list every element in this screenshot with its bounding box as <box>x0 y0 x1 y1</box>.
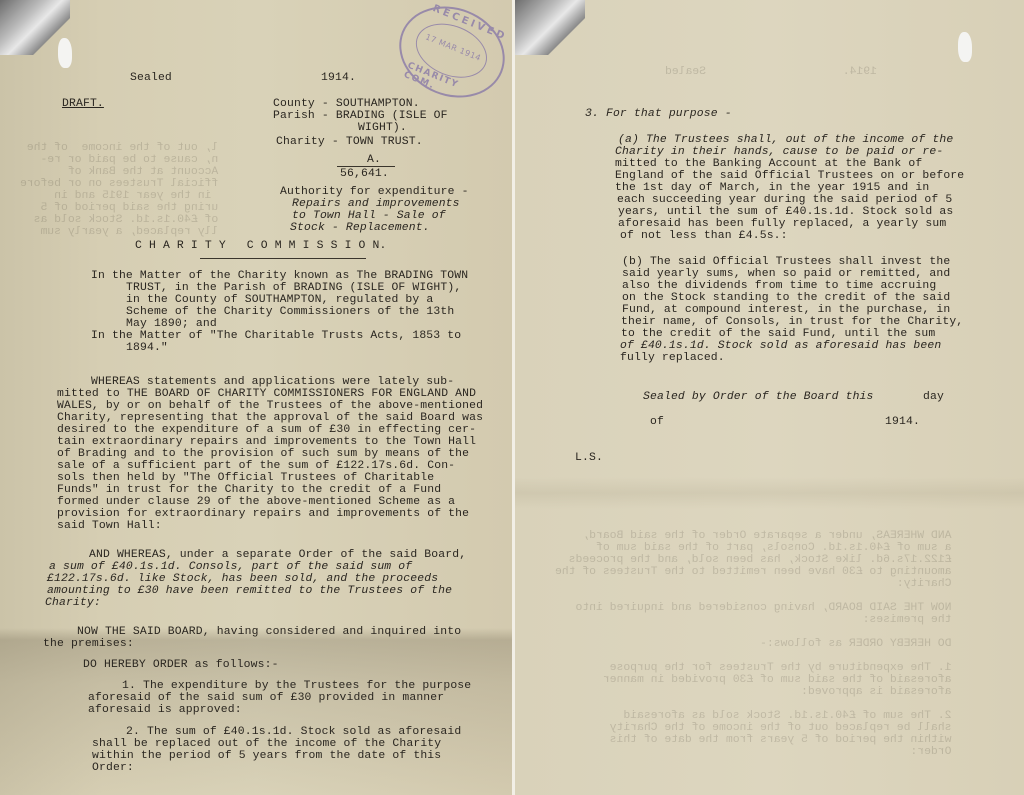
text-line: Funds" in trust for the Charity to the c… <box>57 484 441 496</box>
reference-number: 56,641. <box>340 168 389 180</box>
text-line: AND WHEREAS, under a separate Order of t… <box>89 549 466 561</box>
authority-line-4: Stock - Replacement. <box>290 222 430 234</box>
parish-line-1: Parish - BRADING (ISLE OF <box>273 110 448 122</box>
text-line: England of the said Official Trustees on… <box>615 170 964 182</box>
text-line: WHEREAS statements and applications were… <box>91 376 454 388</box>
text-line: also the dividends from time to time acc… <box>622 280 936 292</box>
text-line: Charity in their hands, cause to be paid… <box>615 146 943 158</box>
show-through-text: AND WHEREAS, under a separate Order of t… <box>555 530 951 758</box>
punch-hole <box>958 32 972 62</box>
text-line: Charity, representing that the approval … <box>57 412 483 424</box>
text-line: formed under clause 29 of the above-ment… <box>57 496 455 508</box>
text-line: mitted to THE BOARD OF CHARITY COMMISSIO… <box>57 388 476 400</box>
show-through-text: l, out of the income of the n, cause to … <box>20 142 218 238</box>
text-line: aforesaid of the said sum of £30 provide… <box>88 692 444 704</box>
text-line: In the Matter of "The Charitable Trusts … <box>91 330 461 342</box>
text-line: NOW THE SAID BOARD, having considered an… <box>77 626 461 638</box>
text-line: to the credit of the said Fund, until th… <box>621 328 935 340</box>
text-line: (a) The Trustees shall, out of the incom… <box>618 134 953 146</box>
order-heading: DO HEREBY ORDER as follows:- <box>83 659 279 671</box>
county-line: County - SOUTHAMPTON. <box>273 98 420 110</box>
text-line: of £40.1s.1d. Stock sold as aforesaid ha… <box>620 340 941 352</box>
text-line: of Brading and to the provision of such … <box>57 448 469 460</box>
text-line: a sum of £40.1s.1d. Consols, part of the… <box>49 561 412 573</box>
sealed-year: 1914. <box>321 72 356 84</box>
text-line: mitted to the Banking Account at the Ban… <box>615 158 922 170</box>
text-line: WALES, by or on behalf of the Trustees o… <box>57 400 483 412</box>
text-line: Order: <box>92 762 134 774</box>
text-line: sale of a sufficient part of the sum of … <box>57 460 455 472</box>
text-line: on the Stock standing to the credit of t… <box>622 292 950 304</box>
charity-line: Charity - TOWN TRUST. <box>276 136 423 148</box>
left-page: l, out of the income of the n, cause to … <box>0 0 512 795</box>
text-line: £122.17s.6d. like Stock, has been sold, … <box>47 573 438 585</box>
sealed-year: 1914. <box>885 416 920 428</box>
text-line: fully replaced. <box>620 352 725 364</box>
text-line: tain extraordinary repairs and improveme… <box>57 436 476 448</box>
authority-line-3: to Town Hall - Sale of <box>292 210 446 222</box>
title-rule <box>200 258 366 259</box>
text-line: their name, of Consols, in trust for the… <box>621 316 963 328</box>
parish-line-2: WIGHT). <box>358 122 407 134</box>
text-line: sols then held by "The Official Trustees… <box>57 472 434 484</box>
text-line: Fund, at compound interest, in the purch… <box>622 304 950 316</box>
text-line: 2. The sum of £40.1s.1d. Stock sold as a… <box>126 726 461 738</box>
text-line: 1. The expenditure by the Trustees for t… <box>122 680 471 692</box>
punch-hole <box>58 38 72 68</box>
received-stamp: RECEIVED 17 MAR 1914 CHARITY COM. <box>385 0 512 113</box>
text-line: said Town Hall: <box>57 520 162 532</box>
sealed-label: Sealed <box>130 72 172 84</box>
text-line: shall be replaced out of the income of t… <box>92 738 441 750</box>
text-line: May 1890; and <box>126 318 217 330</box>
text-line: provision for extraordinary repairs and … <box>57 508 469 520</box>
of-label: of <box>650 416 664 428</box>
text-line: (b) The said Official Trustees shall inv… <box>622 256 950 268</box>
text-line: Scheme of the Charity Commissioners of t… <box>126 306 454 318</box>
text-line: desired to the expenditure of a sum of £… <box>57 424 476 436</box>
right-page: 1914. Sealed AND WHEREAS, under a separa… <box>515 0 1024 795</box>
reference-letter: A. <box>367 154 381 166</box>
show-through-text: 1914. Sealed <box>665 66 877 78</box>
binding-clip <box>515 0 585 55</box>
text-line: Charity: <box>45 597 101 609</box>
text-line: the premises: <box>43 638 134 650</box>
text-line: of not less than £4.5s.: <box>620 230 788 242</box>
text-line: amounting to £30 have been remitted to t… <box>47 585 452 597</box>
ls-label: L.S. <box>575 452 603 464</box>
clause-3-heading: 3. For that purpose - <box>585 108 732 120</box>
text-line: each succeeding year during the said per… <box>617 194 952 206</box>
text-line: TRUST, in the Parish of BRADING (ISLE OF… <box>126 282 461 294</box>
text-line: said yearly sums, when so paid or remitt… <box>622 268 950 280</box>
text-line: 1894." <box>126 342 168 354</box>
authority-line-2: Repairs and improvements <box>292 198 460 210</box>
sealed-by-order: Sealed by Order of the Board this <box>643 391 874 403</box>
draft-label: DRAFT. <box>62 98 104 110</box>
day-label: day <box>923 391 944 403</box>
text-line: aforesaid has been fully replaced, a yea… <box>618 218 946 230</box>
authority-line-1: Authority for expenditure - <box>280 186 469 198</box>
text-line: the 1st day of March, in the year 1915 a… <box>615 182 929 194</box>
text-line: years, until the sum of £40.1s.1d. Stock… <box>618 206 953 218</box>
text-line: In the Matter of the Charity known as Th… <box>91 270 468 282</box>
text-line: within the period of 5 years from the da… <box>92 750 441 762</box>
text-line: in the County of SOUTHAMPTON, regulated … <box>126 294 433 306</box>
commission-title: C H A R I T Y C O M M I S S I O N. <box>135 240 386 252</box>
reference-rule <box>337 166 395 167</box>
text-line: aforesaid is approved: <box>88 704 242 716</box>
